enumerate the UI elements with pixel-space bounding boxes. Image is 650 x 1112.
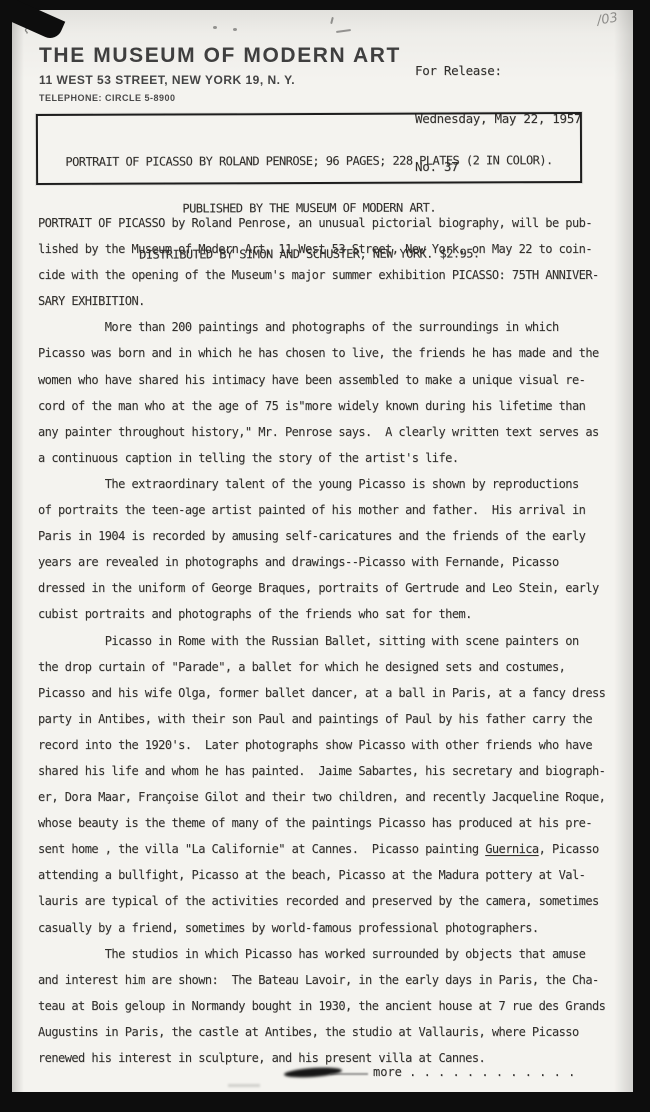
ink-speck bbox=[213, 26, 217, 29]
page-edge-shadow bbox=[12, 0, 24, 1112]
paragraph-4-text: Picasso in Rome with the Russian Ballet,… bbox=[38, 634, 605, 857]
paragraph-2: More than 200 paintings and photographs … bbox=[38, 314, 638, 471]
ink-smudge bbox=[228, 1084, 260, 1087]
ink-smudge bbox=[330, 1073, 368, 1075]
address-line: 11 WEST 53 STREET, NEW YORK 19, N. Y. bbox=[39, 73, 295, 87]
paragraph-3: The extraordinary talent of the young Pi… bbox=[38, 471, 638, 628]
telephone-line: TELEPHONE: CIRCLE 5-8900 bbox=[39, 93, 176, 103]
notice-box: PORTRAIT OF PICASSO BY ROLAND PENROSE; 9… bbox=[36, 112, 582, 185]
page-edge-shadow bbox=[614, 0, 633, 1112]
paragraph-1: PORTRAIT OF PICASSO by Roland Penrose, a… bbox=[38, 210, 638, 314]
scan-border-left bbox=[0, 0, 12, 1112]
more-indicator: more . . . . . . . . . . . . bbox=[373, 1065, 575, 1079]
ink-speck bbox=[233, 28, 237, 31]
guernica-underlined-title: Guernica bbox=[485, 842, 538, 856]
paragraph-4: Picasso in Rome with the Russian Ballet,… bbox=[38, 628, 638, 941]
release-label: For Release: bbox=[415, 63, 581, 79]
ink-speck bbox=[330, 17, 334, 24]
scan-border-bottom bbox=[0, 1092, 650, 1112]
moma-logotype: THE MUSEUM OF MODERN ART bbox=[39, 44, 401, 68]
notice-line-1: PORTRAIT OF PICASSO BY ROLAND PENROSE; 9… bbox=[38, 153, 580, 170]
press-release-page: THE MUSEUM OF MODERN ART 11 WEST 53 STRE… bbox=[0, 0, 650, 1112]
paragraph-5: The studios in which Picasso has worked … bbox=[38, 941, 638, 1071]
ink-speck bbox=[336, 29, 351, 33]
press-release-body: PORTRAIT OF PICASSO by Roland Penrose, a… bbox=[38, 210, 638, 1071]
scan-border-top bbox=[0, 0, 650, 10]
scan-border-right bbox=[633, 0, 650, 1112]
